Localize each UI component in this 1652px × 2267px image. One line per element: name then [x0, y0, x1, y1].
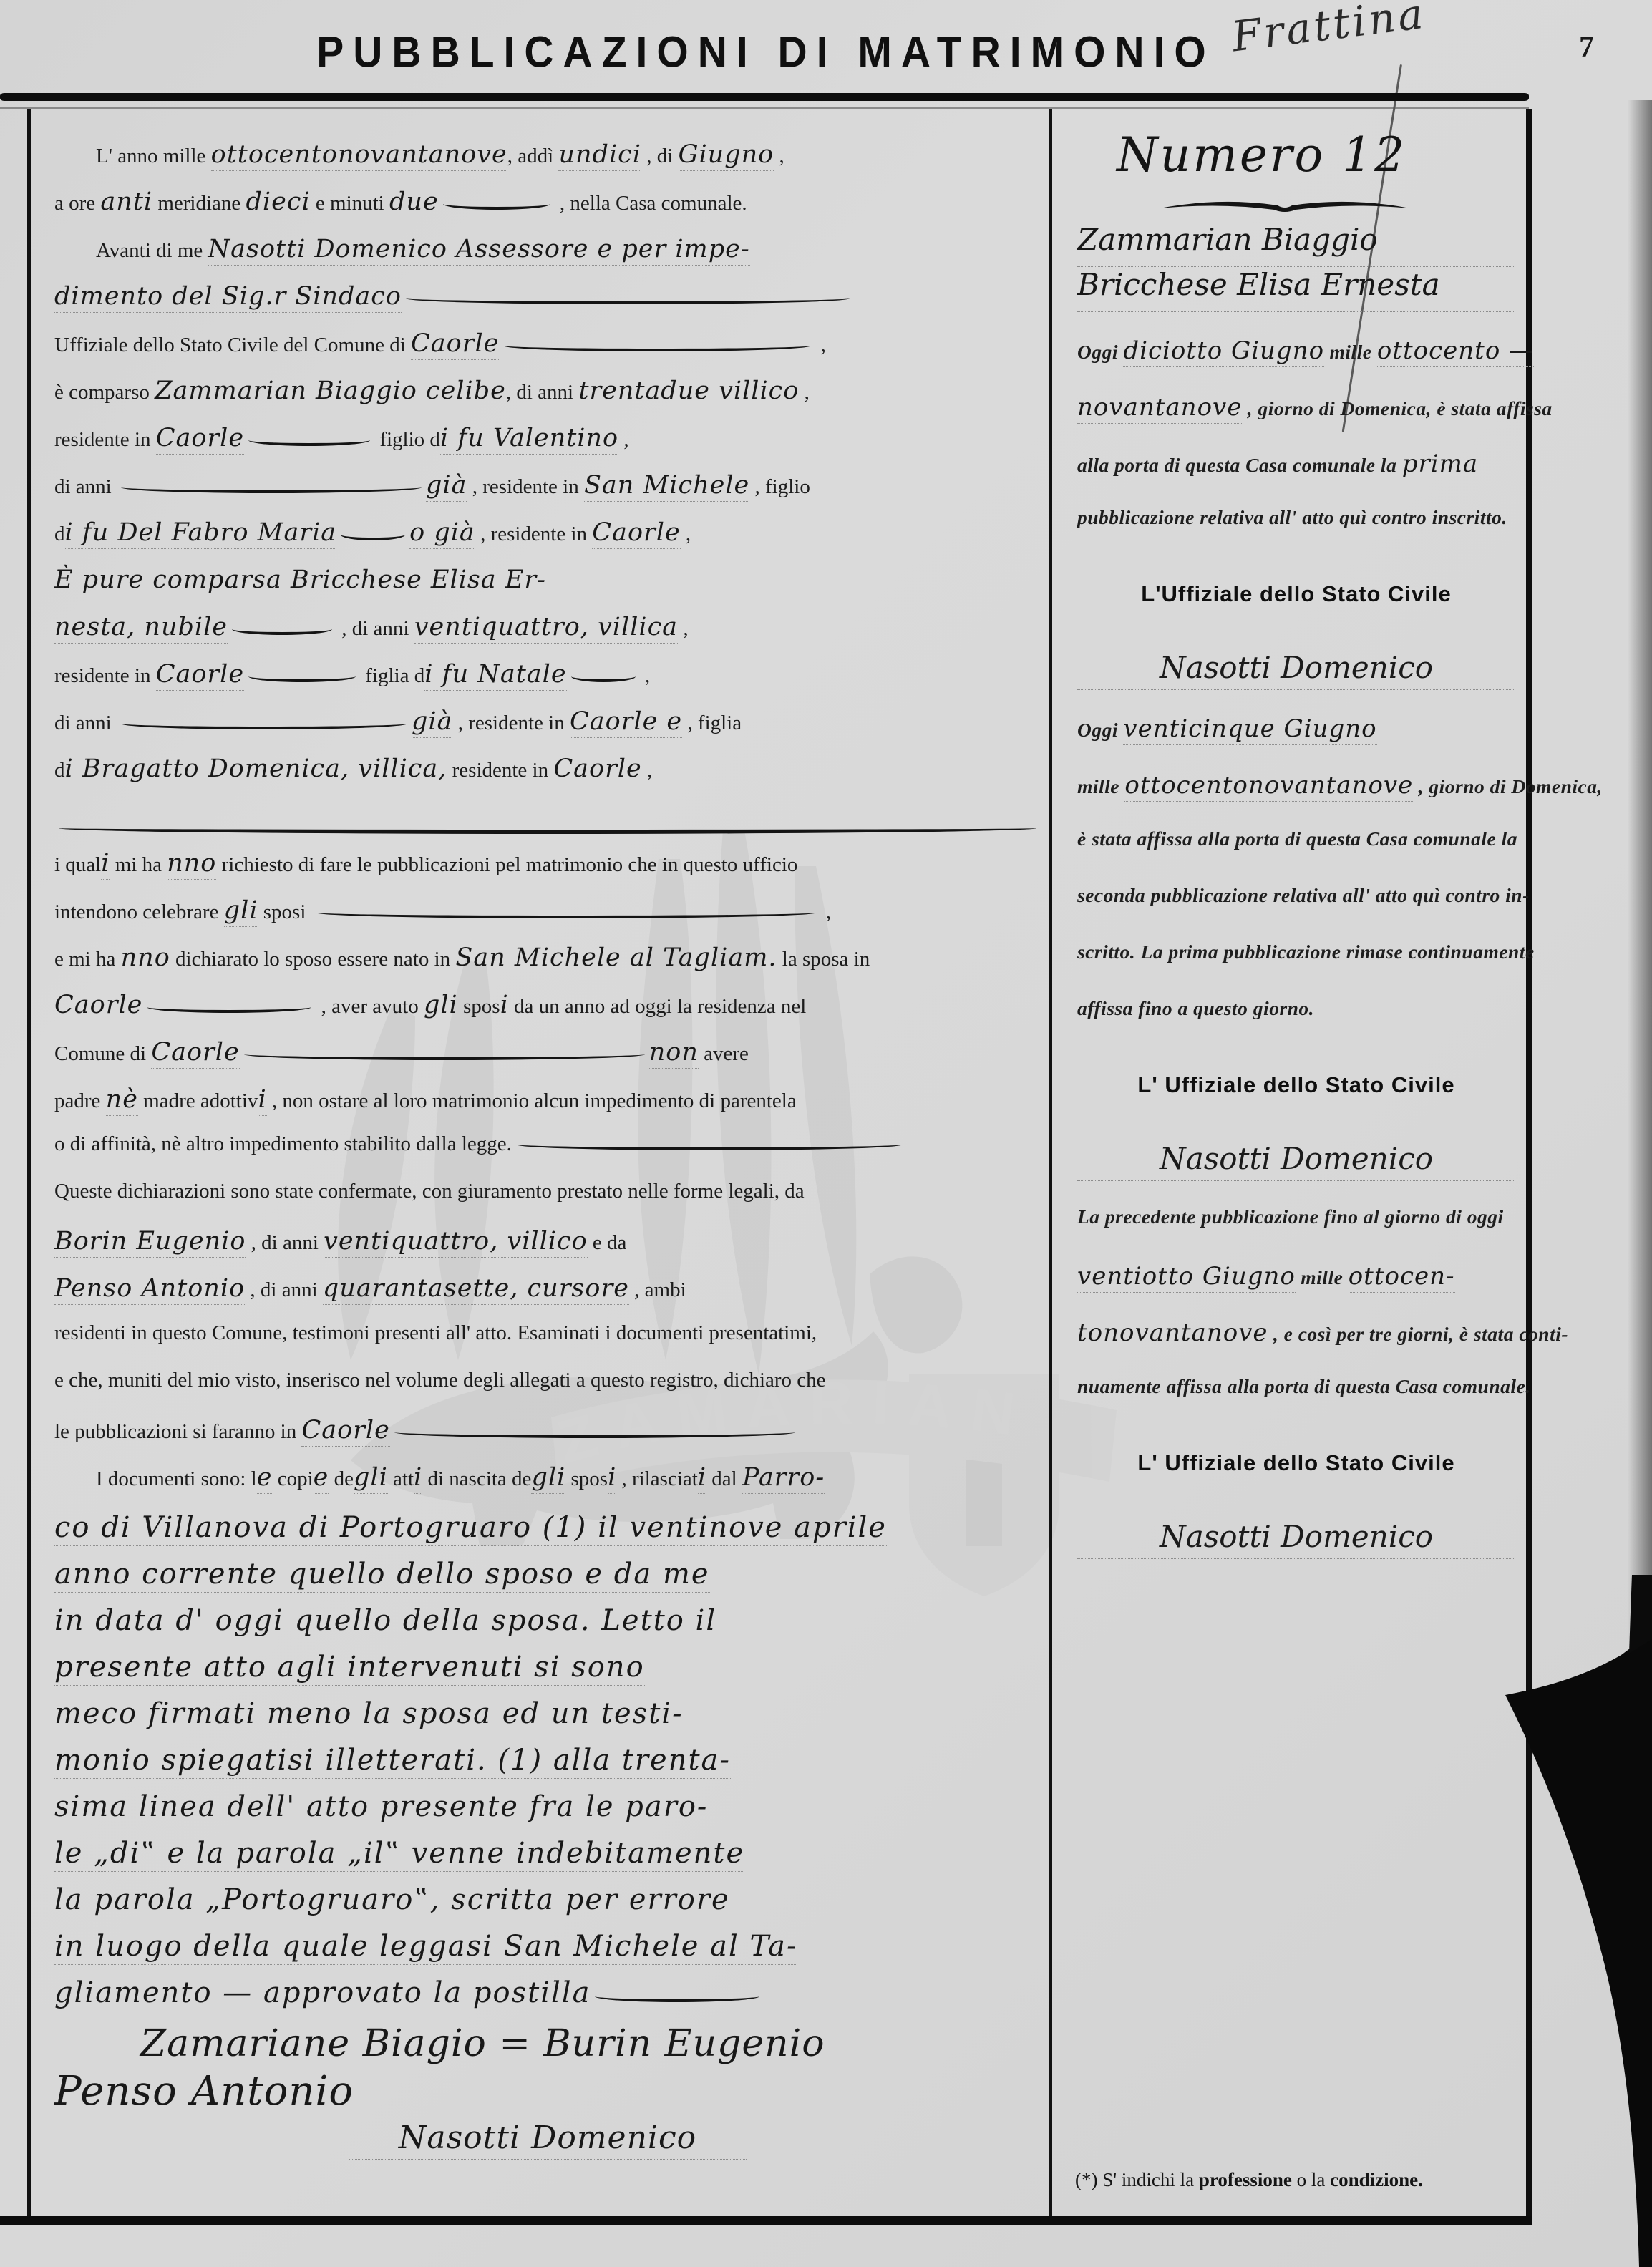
ink-dash-fill	[248, 430, 370, 446]
printed-text: , di anni	[246, 1231, 324, 1254]
handwritten-entry: gli	[224, 896, 258, 927]
printed-text: , di anni	[245, 1278, 323, 1301]
form-line: sima linea dell' atto presente fra le pa…	[54, 1790, 1041, 1836]
form-line: la parola „Portogruaro‟, scritta per err…	[54, 1883, 1041, 1929]
ink-dash-fill	[571, 666, 636, 682]
printed-text: , aver avuto	[316, 995, 424, 1018]
publication-line: è stata affissa alla porta di questa Cas…	[1077, 827, 1515, 884]
publication-line: alla porta di questa Casa comunale la pr…	[1077, 450, 1515, 506]
printed-text: dal	[706, 1467, 742, 1490]
page-title: PUBBLICAZIONI DI MATRIMONIO	[301, 26, 1231, 77]
form-line: Queste dichiarazioni sono state conferma…	[54, 1180, 1041, 1227]
handwritten-entry: i fu Del Fabro Maria	[65, 518, 337, 549]
official-signature: Nasotti Domenico	[1077, 1519, 1515, 1559]
handwritten-entry: i	[500, 991, 509, 1021]
form-line: residente in Caorle figlio di fu Valenti…	[54, 424, 1041, 471]
printed-text: Uffiziale dello Stato Civile del Comune …	[54, 334, 411, 356]
handwritten-entry: due	[389, 188, 439, 218]
printed-text: , residente in	[467, 475, 583, 498]
handwritten-entry: Nasotti Domenico	[349, 2120, 747, 2160]
official-heading: L'Uffiziale dello Stato Civile	[1077, 581, 1515, 607]
form-line: co di Villanova di Portogruaro (1) il ve…	[54, 1510, 1041, 1557]
handwritten-entry: quarantasette, cursore	[323, 1274, 629, 1305]
handwritten-entry: Caorle	[156, 424, 244, 455]
printed-text: mille	[1296, 1266, 1349, 1288]
flourish-ornament	[1156, 195, 1515, 218]
printed-text: ,	[774, 145, 784, 168]
handwritten-entry: venticinque Giugno	[1123, 714, 1376, 745]
printed-text: residente in	[54, 428, 156, 451]
handwritten-entry: i Bragatto Domenica, villica,	[65, 754, 447, 785]
printed-text: , figlia	[682, 712, 742, 734]
handwritten-entry: i	[101, 849, 110, 880]
spouse-name-groom: Zammarian Biaggio	[1077, 222, 1515, 267]
left-column: L' anno mille ottocentonovantanove, addì…	[54, 140, 1041, 2170]
publication-line: ventiotto Giugno mille ottocen-	[1077, 1262, 1515, 1319]
handwritten-entry: nè	[106, 1085, 138, 1116]
printed-text: ,	[642, 759, 653, 782]
printed-text: o la	[1292, 2169, 1330, 2190]
handwritten-entry: i	[414, 1463, 422, 1494]
printed-text: da un anno ad oggi la residenza nel	[509, 995, 807, 1018]
ink-dash-fill	[244, 1044, 645, 1060]
handwritten-entry: gli	[354, 1463, 388, 1494]
printed-text: madre adottiv	[138, 1089, 258, 1112]
form-line: di fu Del Fabro Mariao già , residente i…	[54, 518, 1041, 565]
handwritten-entry: San Michele	[584, 471, 749, 502]
printed-text: di anni	[54, 475, 117, 498]
form-line: di anni già , residente in Caorle e , fi…	[54, 707, 1041, 754]
numero-heading: Numero 12	[1077, 127, 1515, 183]
form-line: Uffiziale dello Stato Civile del Comune …	[54, 329, 1041, 377]
handwritten-entry: Penso Antonio	[54, 2068, 354, 2116]
publication-line: Oggi venticinque Giugno	[1077, 714, 1515, 771]
printed-text: mille	[1324, 341, 1377, 363]
printed-text: L' anno mille	[96, 145, 211, 168]
handwritten-entry: Caorle	[411, 329, 499, 360]
handwritten-entry: Caorle e	[570, 707, 682, 738]
ink-dash-fill	[121, 714, 407, 729]
printed-text: , addì	[507, 145, 559, 168]
printed-bold-text: condizione.	[1330, 2169, 1423, 2190]
printed-text: , rilasciat	[616, 1467, 698, 1490]
publication-line: novantanove , giorno di Domenica, è stat…	[1077, 393, 1515, 450]
handwritten-entry: dimento del Sig.r Sindaco	[54, 282, 402, 313]
signature-line: Nasotti Domenico	[54, 2114, 1041, 2170]
signature-line: Zamariane Biagio = Burin Eugenio	[54, 2022, 1041, 2068]
form-line: residenti in questo Comune, testimoni pr…	[54, 1321, 1041, 1369]
handwritten-entry: dieci	[246, 188, 311, 218]
handwritten-entry: gli	[424, 991, 458, 1021]
form-line: L' anno mille ottocentonovantanove, addì…	[54, 140, 1041, 188]
handwritten-entry: Caorle	[151, 1038, 239, 1069]
printed-text: Oggi	[1077, 719, 1123, 741]
printed-text: spos	[565, 1467, 608, 1490]
form-line: È pure comparsa Bricchese Elisa Er-	[54, 565, 1041, 613]
printed-text: La precedente pubblicazione fino al gior…	[1077, 1205, 1504, 1228]
handwritten-entry: i	[698, 1463, 706, 1494]
handwritten-entry: Penso Antonio	[54, 1274, 245, 1305]
ink-dash-fill	[121, 477, 422, 493]
ink-dash-fill	[406, 288, 850, 304]
form-line: Avanti di me Nasotti Domenico Assessore …	[54, 235, 1041, 282]
form-line: Caorle , aver avuto gli sposi da un anno…	[54, 991, 1041, 1038]
handwritten-entry: non	[649, 1038, 699, 1069]
ink-dash-fill	[316, 903, 817, 918]
printed-text: padre	[54, 1089, 106, 1112]
printed-text: i qual	[54, 853, 101, 876]
printed-text: d	[54, 523, 65, 545]
handwritten-entry: o già	[409, 518, 475, 549]
form-line: le pubblicazioni si faranno in Caorle	[54, 1416, 1041, 1463]
publication-line: nuamente affissa alla porta di questa Ca…	[1077, 1375, 1515, 1432]
printed-text: residenti in questo Comune, testimoni pr…	[54, 1321, 817, 1344]
printed-text: , figlio	[749, 475, 810, 498]
printed-text: , giorno di Domenica, è stata affissa	[1242, 397, 1552, 419]
handwritten-entry: ottocentonovantanove	[1124, 771, 1413, 802]
handwritten-entry: e	[314, 1463, 329, 1494]
form-line: o di affinità, nè altro impedimento stab…	[54, 1132, 1041, 1180]
printed-text: , nella Casa comunale.	[555, 192, 747, 215]
printed-text: , di anni	[506, 381, 579, 404]
handwritten-entry: novantanove	[1077, 393, 1242, 424]
form-line: in data d' oggi quello della sposa. Lett…	[54, 1603, 1041, 1650]
right-column: Numero 12 Zammarian Biaggio Bricchese El…	[1077, 127, 1515, 1559]
publication-block: La precedente pubblicazione fino al gior…	[1077, 1205, 1515, 1559]
form-line: a ore anti meridiane dieci e minuti due …	[54, 188, 1041, 235]
form-line: I documenti sono: le copie degli atti di…	[54, 1463, 1041, 1510]
printed-text: le pubblicazioni si faranno in	[54, 1420, 301, 1443]
form-line: meco firmati meno la sposa ed un testi-	[54, 1696, 1041, 1743]
form-line: e mi ha nno dichiarato lo sposo essere n…	[54, 943, 1041, 991]
handwritten-entry: ventiotto Giugno	[1077, 1262, 1296, 1293]
handwritten-entry: Caorle	[553, 754, 641, 785]
handwritten-entry: Caorle	[301, 1416, 389, 1447]
handwritten-entry: Caorle	[592, 518, 680, 549]
printed-text: , di anni	[336, 617, 414, 640]
printed-text: , di	[641, 145, 679, 168]
printed-text: residente in	[54, 664, 156, 687]
printed-text: è comparso	[54, 381, 155, 404]
printed-text: e minuti	[311, 192, 389, 215]
printed-text: ,	[815, 334, 826, 356]
printed-text: Comune di	[54, 1042, 151, 1065]
signature-line: Penso Antonio	[54, 2068, 1041, 2114]
form-line: intendono celebrare gli sposi ,	[54, 896, 1041, 943]
printed-text: , e così per tre giorni, è stata conti-	[1268, 1323, 1569, 1345]
handwritten-entry: tonovantanove	[1077, 1319, 1268, 1349]
publication-line: affissa fino a questo giorno.	[1077, 997, 1515, 1054]
handwritten-entry: ottocento —	[1377, 336, 1534, 367]
handwritten-entry: i fu Valentino	[440, 424, 618, 455]
printed-text: , residente in	[475, 523, 592, 545]
printed-text: I documenti sono: l	[96, 1467, 257, 1490]
printed-text: richiesto di fare le pubblicazioni pel m…	[216, 853, 797, 876]
ink-dash-fill	[59, 817, 1036, 834]
form-line: residente in Caorle figlia di fu Natale …	[54, 660, 1041, 707]
printed-text: residente in	[447, 759, 553, 782]
corner-annotation: Frattina	[1229, 0, 1533, 61]
printed-text: Avanti di me	[96, 239, 208, 262]
form-line: di Bragatto Domenica, villica, residente…	[54, 754, 1041, 802]
printed-text: o di affinità, nè altro impedimento stab…	[54, 1132, 512, 1155]
printed-text: è stata affissa alla porta di questa Cas…	[1077, 827, 1517, 850]
handwritten-entry: diciotto Giugno	[1123, 336, 1324, 367]
handwritten-entry: ottocentonovantanove	[211, 140, 507, 171]
handwritten-entry: prima	[1402, 450, 1478, 480]
printed-text: mi ha	[110, 853, 167, 876]
handwritten-entry: Parro-	[742, 1463, 825, 1494]
form-line: monio spiegatisi illetterati. (1) alla t…	[54, 1743, 1041, 1790]
printed-text: ,	[640, 664, 651, 687]
printed-text: , residente in	[452, 712, 569, 734]
column-divider	[1049, 109, 1052, 2219]
printed-text: d	[54, 759, 65, 782]
printed-text: la sposa in	[777, 948, 870, 971]
ink-dash-fill	[595, 1986, 759, 2002]
handwritten-entry: le „di‟ e la parola „il‟ venne indebitam…	[54, 1837, 744, 1872]
form-line: le „di‟ e la parola „il‟ venne indebitam…	[54, 1836, 1041, 1883]
handwritten-entry: È pure comparsa Bricchese Elisa Er-	[54, 565, 546, 596]
printed-text: ,	[821, 901, 832, 923]
printed-text: figlia d	[360, 664, 424, 687]
form-line: presente atto agli intervenuti si sono	[54, 1650, 1041, 1696]
handwritten-entry: Nasotti Domenico Assessore e per impe-	[208, 235, 750, 266]
printed-text: pubblicazione relativa all' atto quì con…	[1077, 506, 1507, 528]
scan-corner-shape	[1489, 1575, 1652, 2267]
printed-text: , ambi	[629, 1278, 686, 1301]
handwritten-entry: undici	[558, 140, 641, 171]
handwritten-entry: sima linea dell' atto presente fra le pa…	[54, 1790, 708, 1825]
printed-text: e mi ha	[54, 948, 121, 971]
form-line: padre nè madre adottivi , non ostare al …	[54, 1085, 1041, 1132]
handwritten-entry: trentadue villico	[578, 377, 799, 407]
printed-text: e da	[588, 1231, 627, 1254]
publication-line: tonovantanove , e così per tre giorni, è…	[1077, 1319, 1515, 1375]
printed-text: Queste dichiarazioni sono state conferma…	[54, 1180, 805, 1203]
handwritten-entry: presente atto agli intervenuti si sono	[54, 1651, 645, 1686]
form-line	[54, 802, 1041, 849]
printed-text: ,	[681, 523, 691, 545]
official-heading: L' Uffiziale dello Stato Civile	[1077, 1072, 1515, 1098]
ink-dash-fill	[341, 525, 405, 540]
publication-block: Oggi venticinque Giugnomille ottocentono…	[1077, 714, 1515, 1181]
publication-line: La precedente pubblicazione fino al gior…	[1077, 1205, 1515, 1262]
form-line: è comparso Zammarian Biaggio celibe, di …	[54, 377, 1041, 424]
printed-bold-text: professione	[1199, 2169, 1292, 2190]
printed-text: att	[388, 1467, 414, 1490]
printed-text: mille	[1077, 775, 1124, 797]
ink-dash-fill	[232, 619, 332, 635]
form-line: anno corrente quello dello sposo e da me	[54, 1557, 1041, 1603]
printed-text: di anni	[54, 712, 117, 734]
printed-text: de	[329, 1467, 354, 1490]
left-border	[27, 109, 31, 2219]
scan-edge-shadow	[1628, 100, 1652, 1639]
handwritten-entry: Zammarian Biaggio celibe	[155, 377, 506, 407]
printed-text: , non ostare al loro matrimonio alcun im…	[267, 1089, 797, 1112]
printed-text: ,	[678, 617, 689, 640]
printed-text: scritto. La prima pubblicazione rimase c…	[1077, 941, 1535, 963]
handwritten-entry: già	[426, 471, 467, 502]
printed-text: dichiarato lo sposo essere nato in	[170, 948, 456, 971]
bottom-rule	[0, 2216, 1532, 2225]
handwritten-entry: in data d' oggi quello della sposa. Lett…	[54, 1604, 716, 1639]
printed-text: (*) S' indichi la	[1075, 2169, 1199, 2190]
printed-text: spos	[458, 995, 500, 1018]
handwritten-entry: ventiquattro, villico	[324, 1227, 588, 1258]
form-line: nesta, nubile , di anni ventiquattro, vi…	[54, 613, 1041, 660]
handwritten-entry: già	[412, 707, 452, 738]
printed-text: meridiane	[152, 192, 246, 215]
handwritten-entry: anti	[100, 188, 152, 218]
printed-text: intendono celebrare	[54, 901, 224, 923]
handwritten-entry: anno corrente quello dello sposo e da me	[54, 1558, 710, 1593]
form-line: i quali mi ha nno richiesto di fare le p…	[54, 849, 1041, 896]
printed-text: sposi	[258, 901, 311, 923]
handwritten-entry: monio spiegatisi illetterati. (1) alla t…	[54, 1744, 731, 1779]
top-rule	[0, 93, 1529, 101]
handwritten-entry: Zamariane Biagio = Burin Eugenio	[140, 2022, 825, 2067]
form-line: in luogo della quale leggasi San Michele…	[54, 1929, 1041, 1976]
handwritten-entry: i	[258, 1085, 266, 1116]
handwritten-entry: Caorle	[156, 660, 244, 691]
printed-text: avere	[699, 1042, 749, 1065]
handwritten-entry: Borin Eugenio	[54, 1227, 246, 1258]
ink-dash-fill	[248, 666, 356, 682]
handwritten-entry: i	[608, 1463, 616, 1494]
publication-block: Oggi diciotto Giugno mille ottocento —no…	[1077, 336, 1515, 690]
handwritten-entry: gli	[531, 1463, 565, 1494]
printed-text: copi	[272, 1467, 313, 1490]
handwritten-entry: co di Villanova di Portogruaro (1) il ve…	[54, 1511, 887, 1546]
ink-dash-fill	[516, 1135, 903, 1150]
form-line: Borin Eugenio , di anni ventiquattro, vi…	[54, 1227, 1041, 1274]
handwritten-entry: nesta, nubile	[54, 613, 228, 644]
form-line: di anni già , residente in San Michele ,…	[54, 471, 1041, 518]
handwritten-entry: e	[257, 1463, 273, 1494]
printed-text: , giorno di Domenica,	[1413, 775, 1603, 797]
ink-dash-fill	[394, 1422, 795, 1438]
printed-text: nuamente affissa alla porta di questa Ca…	[1077, 1375, 1531, 1397]
handwritten-entry: la parola „Portogruaro‟, scritta per err…	[54, 1883, 730, 1918]
publication-blocks: Oggi diciotto Giugno mille ottocento —no…	[1077, 336, 1515, 1559]
form-line: gliamento — approvato la postilla	[54, 1976, 1041, 2022]
printed-text: alla porta di questa Casa comunale la	[1077, 454, 1402, 476]
handwritten-entry: San Michele al Tagliam.	[455, 943, 777, 974]
ink-dash-fill	[443, 194, 550, 210]
document-page: PUBBLICAZIONI DI MATRIMONIO 7 Frattina	[0, 0, 1652, 2267]
handwritten-entry: nno	[121, 943, 170, 974]
page-number: 7	[1579, 30, 1594, 64]
form-line: e che, muniti del mio visto, inserisco n…	[54, 1369, 1041, 1416]
form-line: Penso Antonio , di anni quarantasette, c…	[54, 1274, 1041, 1321]
official-signature: Nasotti Domenico	[1077, 1141, 1515, 1181]
publication-line: pubblicazione relativa all' atto quì con…	[1077, 506, 1515, 563]
form-line: Comune di Caorlenon avere	[54, 1038, 1041, 1085]
printed-text: e che, muniti del mio visto, inserisco n…	[54, 1369, 826, 1392]
official-signature: Nasotti Domenico	[1077, 650, 1515, 690]
printed-text: figlio d	[374, 428, 440, 451]
official-heading: L' Uffiziale dello Stato Civile	[1077, 1450, 1515, 1476]
handwritten-entry: ottocen-	[1349, 1262, 1455, 1293]
printed-text: affissa fino a questo giorno.	[1077, 997, 1314, 1019]
printed-text: seconda pubblicazione relativa all' atto…	[1077, 884, 1530, 906]
handwritten-entry: in luogo della quale leggasi San Michele…	[54, 1930, 797, 1965]
printed-text: a ore	[54, 192, 100, 215]
handwritten-entry: ventiquattro, villica	[414, 613, 678, 644]
printed-text: ,	[799, 381, 810, 404]
handwritten-entry: Caorle	[54, 991, 142, 1021]
printed-text: di nascita de	[422, 1467, 531, 1490]
handwritten-entry: meco firmati meno la sposa ed un testi-	[54, 1697, 684, 1732]
footnote: (*) S' indichi la professione o la condi…	[1075, 2169, 1519, 2191]
handwritten-entry: gliamento — approvato la postilla	[54, 1976, 591, 2011]
handwritten-entry: i fu Natale	[424, 660, 566, 691]
publication-line: scritto. La prima pubblicazione rimase c…	[1077, 941, 1515, 997]
ink-dash-fill	[147, 997, 311, 1013]
handwritten-entry: nno	[167, 849, 216, 880]
printed-text: Oggi	[1077, 341, 1123, 363]
spouse-name-bride: Bricchese Elisa Ernesta	[1077, 267, 1515, 312]
printed-text: ,	[618, 428, 629, 451]
top-rule-thin	[0, 107, 1529, 109]
publication-line: Oggi diciotto Giugno mille ottocento —	[1077, 336, 1515, 393]
form-line: dimento del Sig.r Sindaco	[54, 282, 1041, 329]
handwritten-entry: Giugno	[679, 140, 774, 171]
publication-line: seconda pubblicazione relativa all' atto…	[1077, 884, 1515, 941]
ink-dash-fill	[503, 336, 811, 351]
publication-line: mille ottocentonovantanove , giorno di D…	[1077, 771, 1515, 827]
